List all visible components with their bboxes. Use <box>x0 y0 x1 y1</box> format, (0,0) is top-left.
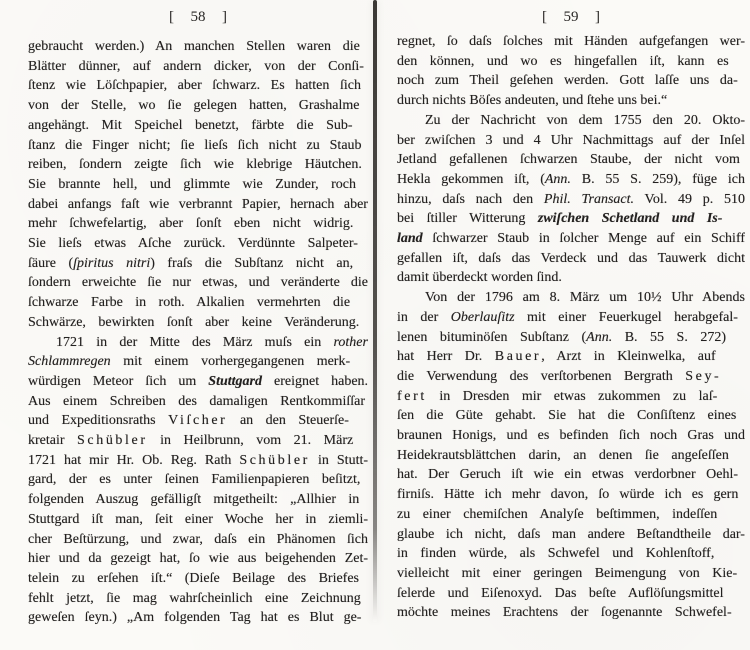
text-line: gefallen iſt, daſs das Verdeck und das T… <box>397 249 745 269</box>
text-line: ſtenz wie Löſchpapier, aber ſchwarz. Es … <box>28 76 368 96</box>
text-line: noch zum Theil geſehen werden. Gott laſſ… <box>397 71 745 91</box>
text-line: ſäure (ſpiritus nitri) fraſs die Subſtan… <box>28 254 368 274</box>
text-line: Blätter dünner, auf andern dicker, von d… <box>28 57 368 77</box>
text-line: kretair Schübler in Heilbrunn, vom 21. M… <box>28 431 368 451</box>
page-59-text-column: regnet, ſo daſs ſolches mit Händen aufge… <box>397 32 745 626</box>
text-line: Schwärze, bewirkten ſonſt aber keine Ver… <box>28 313 368 333</box>
text-line: land ſchwarzer Staub in ſolcher Menge au… <box>397 229 745 249</box>
text-line: Jetland gefallenen ſchwarzen Staube, der… <box>397 150 745 170</box>
text-line: telein zu erſehen iſt.“ (Dieſe Beilage d… <box>28 569 368 589</box>
text-line: hat Herr Dr. Bauer, Arzt in Kleinwelka, … <box>397 347 745 367</box>
page-gutter-line <box>373 0 377 622</box>
text-line: cher Beſtürzung, und zwar, daſs ein Phän… <box>28 530 368 550</box>
text-line: hat. Der Geruch iſt wie ein etwas verdor… <box>397 465 745 485</box>
text-line: damit überdeckt worden ſind. <box>397 268 745 288</box>
text-line: angehängt. Mit Speichel benetzt, färbte … <box>28 116 368 136</box>
text-line: Von der 1796 am 8. März um 10½ Uhr Abend… <box>397 288 745 308</box>
text-line: folgenden Auszug gefälligſt mitgetheilt:… <box>28 490 368 510</box>
text-line: braunen Honigs, und es befinden ſich noc… <box>397 426 745 446</box>
text-line: dabei anfangs faſt wie verbrannt Papier,… <box>28 195 368 215</box>
text-line: Aus einem Schreiben des damaligen Rentko… <box>28 392 368 412</box>
book-scan: [ 58 ] gebraucht werden.) An manchen Ste… <box>0 0 750 650</box>
text-line: durch nichts Böſes andeuten, und ſtehe u… <box>397 91 745 111</box>
text-line: 1721 in der Mitte des März muſs ein roth… <box>28 333 368 353</box>
page-58-text-column: gebraucht werden.) An manchen Stellen wa… <box>28 37 368 631</box>
text-line: in finden würde, als Schwefel und Kohlen… <box>397 544 745 564</box>
text-line: Stuttgard iſt man, ſeit einer Woche her … <box>28 510 368 530</box>
text-line: möchte meines Erachtens der ſogenannte S… <box>397 603 745 623</box>
text-line: firniſs. Hätte ich mehr davon, ſo würde … <box>397 485 745 505</box>
text-line: die Verwendung des verſtorbenen Bergrath… <box>397 367 745 387</box>
text-line: ber zwiſchen 3 und 4 Uhr Nachmittags auf… <box>397 131 745 151</box>
text-line: regnet, ſo daſs ſolches mit Händen aufge… <box>397 32 745 52</box>
text-line: von der Stelle, wo ſie gelegen hatten, G… <box>28 96 368 116</box>
text-line: geweſen ſeyn.) „Am folgenden Tag hat es … <box>28 608 368 628</box>
page-number-left: [ 58 ] <box>28 9 368 26</box>
text-line: 1721 hat mir Hr. Ob. Reg. Rath Schübler … <box>28 451 368 471</box>
text-line: Schlammregen mit einem vorhergegangenen … <box>28 352 368 372</box>
text-line: reiben, ſondern zeigte ſich wie klebrige… <box>28 155 368 175</box>
text-line: Zu der Nachricht von dem 1755 den 20. Ok… <box>397 111 745 131</box>
text-line: bei ſtiller Witterung zwiſchen Schetland… <box>397 209 745 229</box>
text-line: hinzu, daſs nach den Phil. Transact. Vol… <box>397 190 745 210</box>
text-line: ſondern erweichte ſie nur etwas, und ver… <box>28 273 368 293</box>
text-line: würdigen Meteor ſich um Stuttgard ereign… <box>28 372 368 392</box>
text-line: ſelerde und Eiſenoxyd. Das beſte Auflöſu… <box>397 584 745 604</box>
text-line: Sie brannte hell, und glimmte wie Zunder… <box>28 175 368 195</box>
text-line: ſtanz die Finger nicht; ſie lieſs ſich n… <box>28 136 368 156</box>
text-line: mehr ſchwefelartig, aber ſonſt eben nich… <box>28 214 368 234</box>
text-line: fert in Dresden mir etwas zukommen zu la… <box>397 387 745 407</box>
text-line: in der Oberlauſitz mit einer Feuerkugel … <box>397 308 745 328</box>
page-number-right: [ 59 ] <box>397 9 745 26</box>
text-line: gard, der es unter ſeinen Familienpapier… <box>28 470 368 490</box>
text-line: den können, und wo es hingefallen iſt, k… <box>397 52 745 72</box>
text-line: gebraucht werden.) An manchen Stellen wa… <box>28 37 368 57</box>
text-line: Hekla gekommen iſt, (Ann. B. 55 S. 259),… <box>397 170 745 190</box>
text-line: Sie lieſs etwas Aſche zurück. Verdünnte … <box>28 234 368 254</box>
text-line: ſchwarze Farbe in roth. Alkalien vermehr… <box>28 293 368 313</box>
text-line: und Expeditionsraths Viſcher an den Steu… <box>28 411 368 431</box>
text-line: ſen die Güte gehabt. Sie hat die Conſiſt… <box>397 406 745 426</box>
text-line: fehlt jetzt, ſie mag wahrſcheinlich eine… <box>28 589 368 609</box>
text-line: Heidekrautsblättchen darin, an denen ſie… <box>397 446 745 466</box>
text-line: vielleicht mit einer geringen Beimengung… <box>397 564 745 584</box>
text-line: glaube ich nicht, daſs man andere Beſtan… <box>397 525 745 545</box>
text-line: lenen bituminöſen Subſtanz (Ann. B. 55 S… <box>397 328 745 348</box>
text-line: zu einer chemiſchen Analyſe beſtimmen, i… <box>397 505 745 525</box>
text-line: hier und da gezeigt hat, ſo wie aus beig… <box>28 549 368 569</box>
